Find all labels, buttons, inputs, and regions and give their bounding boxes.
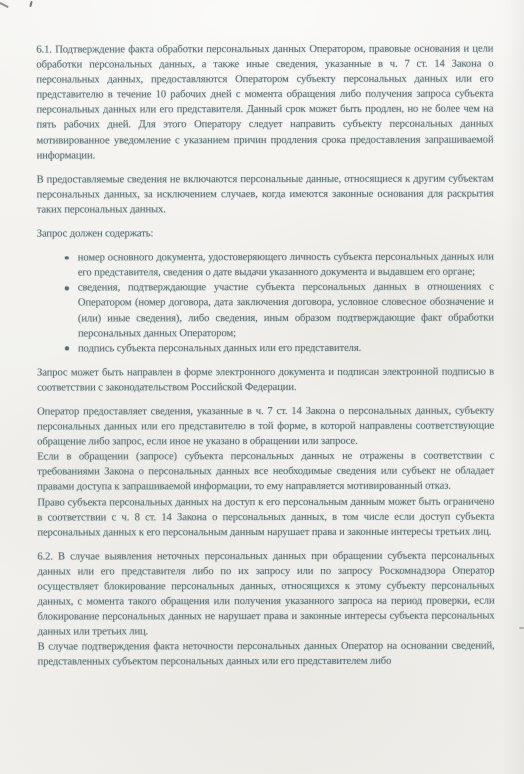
request-items-list: номер основного документа, удостоверяюще… bbox=[37, 250, 494, 357]
list-item-document-number: номер основного документа, удостоверяюще… bbox=[78, 250, 494, 281]
list-item-relation-proof: сведения, подтверждающие участие субъект… bbox=[78, 280, 494, 341]
pen-mark-top-left bbox=[0, 2, 9, 8]
request-intro: Запрос должен содержать: bbox=[37, 226, 494, 242]
scanned-document-page: 6.1. Подтверждение факта обработки персо… bbox=[0, 0, 524, 774]
paragraph-6-2-confirmation: В случае подтверждения факта неточности … bbox=[38, 639, 495, 670]
paragraph-motivated-refusal: Если в обращении (запросе) субъекта перс… bbox=[37, 449, 494, 495]
document-body: 6.1. Подтверждение факта обработки персо… bbox=[36, 42, 494, 671]
pen-tick-top bbox=[29, 1, 32, 7]
edge-smudge-right bbox=[519, 627, 524, 629]
paragraph-6-1-exclusions: В предоставляемые сведения не включаются… bbox=[37, 171, 494, 217]
paragraph-access-restriction: Право субъекта персональных данных на до… bbox=[37, 494, 494, 540]
paragraph-6-1-main: 6.1. Подтверждение факта обработки персо… bbox=[36, 42, 493, 164]
paragraph-electronic-form: Запрос может быть направлен в форме элек… bbox=[37, 364, 494, 395]
list-item-signature: подпись субъекта персональных данных или… bbox=[78, 340, 494, 356]
paragraph-6-2-blocking: 6.2. В случае выявления неточных персона… bbox=[37, 548, 494, 640]
paragraph-provision-form: Оператор предоставляет сведения, указанн… bbox=[37, 403, 494, 449]
